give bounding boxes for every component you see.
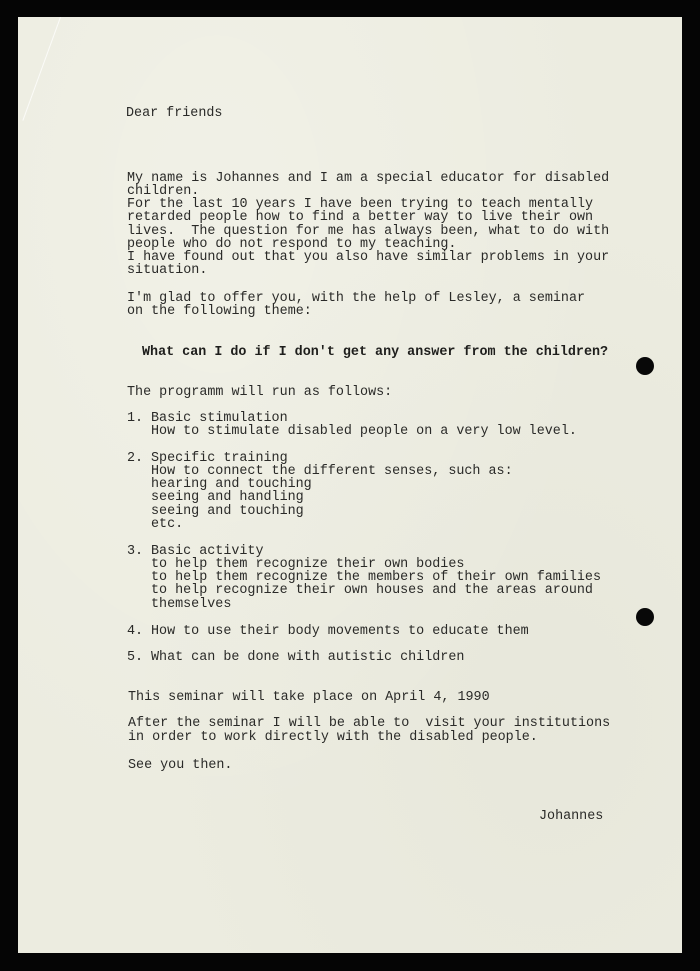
program-item-detail: seeing and handling xyxy=(151,491,304,504)
program-item-number: 1. xyxy=(127,412,143,425)
seminar-theme: What can I do if I don't get any answer … xyxy=(142,346,608,359)
program-item-number: 4. xyxy=(127,625,143,638)
paper-fold-crease xyxy=(22,17,61,121)
seminar-date-line: This seminar will take place on April 4,… xyxy=(128,691,490,704)
punch-hole-icon xyxy=(636,608,654,626)
punch-hole-icon xyxy=(636,357,654,375)
after-line: in order to work directly with the disab… xyxy=(128,731,538,744)
intro-line: situation. xyxy=(127,264,207,277)
program-item-number: 2. xyxy=(127,452,143,465)
program-intro: The programm will run as follows: xyxy=(127,386,392,399)
salutation: Dear friends xyxy=(126,107,222,120)
program-item-detail: etc. xyxy=(151,518,183,531)
program-item-number: 3. xyxy=(127,545,143,558)
program-item-detail: How to stimulate disabled people on a ve… xyxy=(151,425,577,438)
program-item-detail: to help recognize their own houses and t… xyxy=(151,584,593,597)
intro-line: retarded people how to find a better way… xyxy=(127,211,593,224)
program-item-number: 5. xyxy=(127,651,143,664)
signature: Johannes xyxy=(539,810,603,823)
program-item-title: What can be done with autistic children xyxy=(151,651,464,664)
closing: See you then. xyxy=(128,759,232,772)
program-item-detail: themselves xyxy=(151,598,231,611)
program-item-title: How to use their body movements to educa… xyxy=(151,625,529,638)
after-line: After the seminar I will be able to visi… xyxy=(128,717,610,730)
offer-line: on the following theme: xyxy=(127,305,312,318)
intro-line: My name is Johannes and I am a special e… xyxy=(127,172,609,185)
